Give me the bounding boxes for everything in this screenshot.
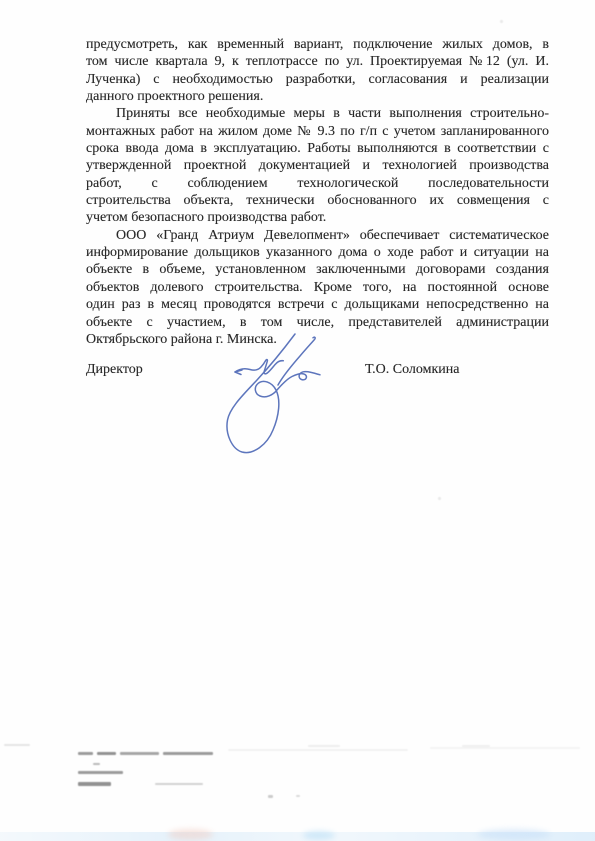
text-line: утвержденной проектной документацией и т… xyxy=(86,157,549,174)
faded-footer-line xyxy=(120,752,159,755)
text-line: ООО «Гранд Атриум Девелопмент» обеспечив… xyxy=(86,227,549,244)
scan-speck xyxy=(438,497,441,500)
text-line: Лученка) с необходимостью разработки, со… xyxy=(86,71,549,88)
scan-streak xyxy=(4,744,30,746)
scan-color-smudge xyxy=(478,829,550,840)
scan-streak xyxy=(228,749,408,751)
text-line: строительства объекта, технически обосно… xyxy=(86,192,549,209)
text-line: срока ввода дома в эксплуатацию. Работы … xyxy=(86,140,549,157)
scan-speck xyxy=(500,20,503,23)
text-line: информирование дольщиков указанного дома… xyxy=(86,244,549,261)
scan-speck xyxy=(268,795,273,798)
scan-color-smudge xyxy=(303,831,335,840)
scanned-letter-page: предусмотреть, как временный вариант, по… xyxy=(0,0,595,841)
text-line: объектов долевого строительства. Кроме т… xyxy=(86,279,549,296)
faded-footer-line xyxy=(97,752,116,756)
scan-streak xyxy=(430,747,580,749)
text-line: объекте в объеме, установленном заключен… xyxy=(86,261,549,278)
faded-footer-line xyxy=(155,783,203,785)
scan-color-smudge xyxy=(168,829,213,840)
text-line: учетом безопасного производства работ. xyxy=(86,209,549,226)
letter-body: предусмотреть, как временный вариант, по… xyxy=(86,36,549,348)
text-line: том числе квартала 9, к теплотрассе по у… xyxy=(86,53,549,70)
scan-speck xyxy=(296,795,300,797)
signer-title: Директор xyxy=(86,362,143,378)
faded-footer-line xyxy=(78,771,123,775)
handwritten-signature-ink xyxy=(215,326,330,458)
signer-name: Т.О. Соломкина xyxy=(365,362,460,378)
text-line: предусмотреть, как временный вариант, по… xyxy=(86,36,549,53)
text-line: данного проектного решения. xyxy=(86,88,549,105)
scan-streak xyxy=(308,745,340,747)
faded-footer-line xyxy=(78,752,93,755)
paragraph: Приняты все необходимые меры в части вып… xyxy=(86,105,549,226)
paragraph: предусмотреть, как временный вариант, по… xyxy=(86,36,549,105)
faded-footer-line xyxy=(78,782,111,786)
faded-footer-line xyxy=(93,763,100,766)
scan-streak xyxy=(462,745,490,747)
faded-footer-line xyxy=(163,752,213,756)
text-line: работ, с соблюдением технологической пос… xyxy=(86,175,549,192)
text-line: Приняты все необходимые меры в части вып… xyxy=(86,105,549,122)
text-line: монтажных работ на жилом доме № 9.3 по г… xyxy=(86,123,549,140)
text-line: один раз в месяц проводятся встречи с до… xyxy=(86,296,549,313)
